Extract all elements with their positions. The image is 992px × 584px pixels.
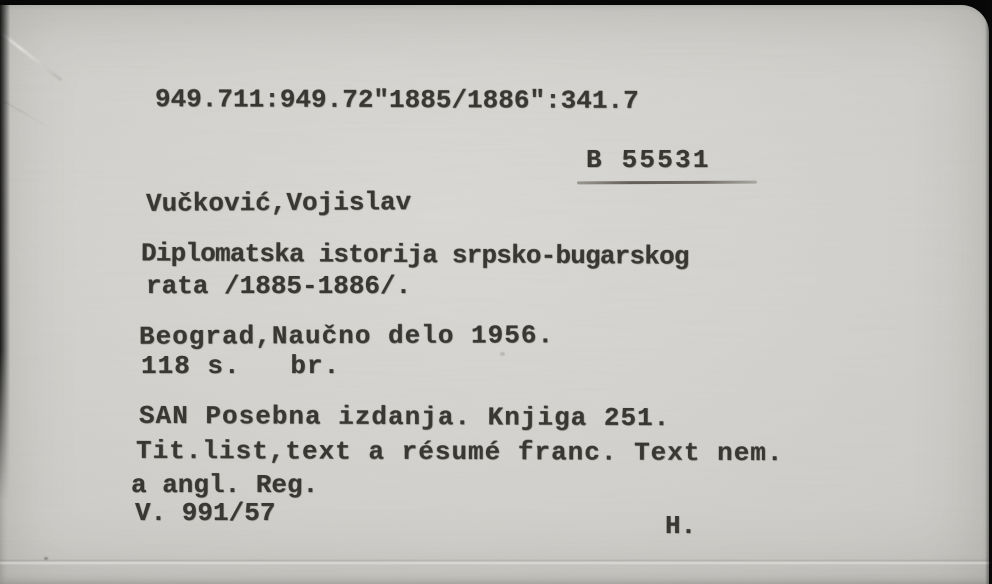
classification-number: 949.711:949.72"1885/1886":341.7 [155,86,639,114]
collation-line: 118 s. br. [141,353,340,379]
call-number-underline [577,181,757,185]
title-line-2: rata /1885-1886/. [146,273,411,299]
note-line-2: a angl. Reg. [131,472,318,498]
paper-speck [44,557,48,560]
title-line-1: Diplomatska istorija srpsko-bugarskog [141,240,689,269]
bottom-crease-highlight [0,562,989,564]
cataloguer-initials: H. [665,513,696,539]
call-number: B 55531 [586,147,711,173]
scanner-edge-left [0,0,12,500]
note-line-1: Tit.list,text a résumé franc. Text nem. [136,438,784,466]
series-statement: SAN Posebna izdanja. Knjiga 251. [139,403,670,431]
imprint-line: Beograd,Naučno delo 1956. [139,322,554,349]
scan-background: 949.711:949.72"1885/1886":341.7 B 55531 … [0,0,992,584]
author-heading: Vučković,Vojislav [146,189,411,217]
bottom-crease-shadow [0,560,989,561]
shelf-number: V. 991/57 [135,500,275,526]
catalog-card: 949.711:949.72"1885/1886":341.7 B 55531 … [0,5,989,584]
scanner-edge-right [985,0,992,584]
paper-speck [500,352,505,356]
